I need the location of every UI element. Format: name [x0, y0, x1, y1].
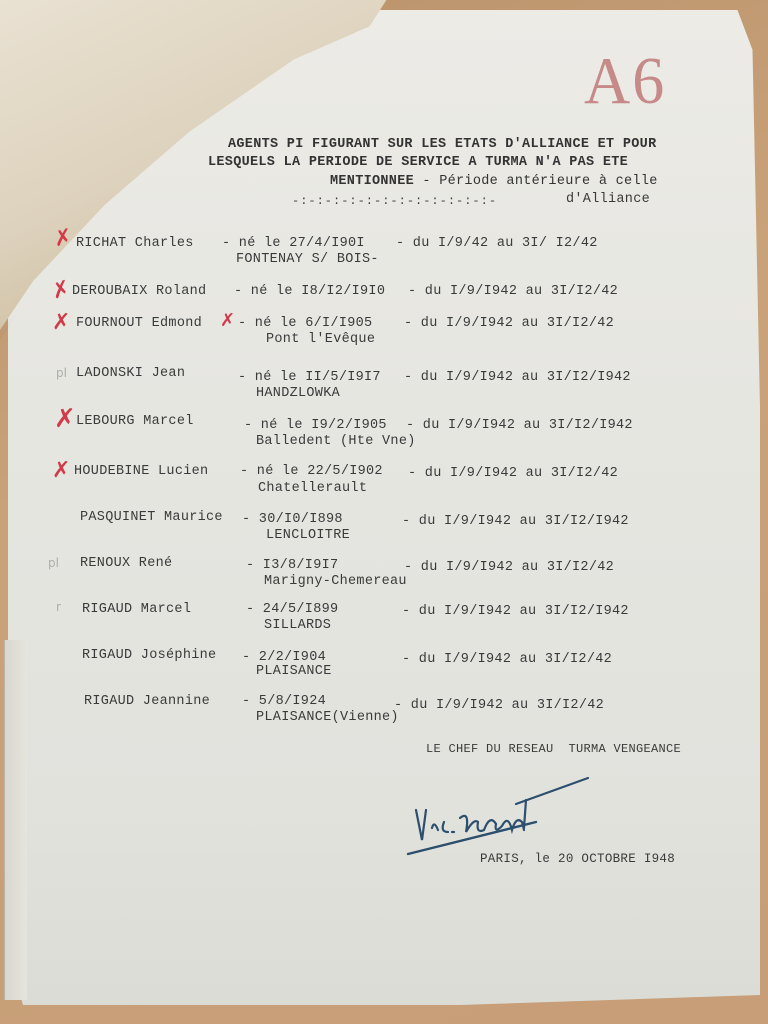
- agent-period: - du I/9/I942 au 3I/I2/42: [404, 560, 614, 575]
- agent-period: - du I/9/I942 au 3I/I2/42: [402, 652, 612, 667]
- agent-place: LENCLOITRE: [266, 528, 350, 543]
- agent-place: PLAISANCE(Vienne): [256, 710, 399, 725]
- red-inline-mark-icon: ✗: [220, 312, 235, 330]
- agent-period: - du I/9/I942 au 3I/I2/I942: [402, 604, 629, 619]
- agent-period: - du I/9/I942 au 3I/I2/42: [408, 466, 618, 481]
- agent-name: LEBOURG Marcel: [76, 414, 194, 429]
- agent-name: FOURNOUT Edmond: [76, 316, 202, 331]
- agent-birth: - 2/2/I904: [242, 650, 326, 665]
- agent-birth: - né le 22/5/I902: [240, 464, 383, 479]
- agent-birth: - né le II/5/I9I7: [238, 370, 381, 385]
- heading-mentionnee: MENTIONNEE: [330, 174, 414, 189]
- agent-period: - du I/9/42 au 3I/ I2/42: [396, 236, 598, 251]
- agent-name: RICHAT Charles: [76, 236, 194, 251]
- heading-line-4: d'Alliance: [566, 192, 650, 207]
- agent-name: LADONSKI Jean: [76, 366, 185, 381]
- heading-line-3: MENTIONNEE - Période antérieure à celle: [330, 174, 658, 189]
- agent-place: HANDZLOWKA: [256, 386, 340, 401]
- red-check-icon: ✗: [52, 460, 70, 482]
- place-date: PARIS, le 20 OCTOBRE I948: [480, 852, 675, 866]
- agent-period: - du I/9/I942 au 3I/I2/42: [404, 316, 614, 331]
- agent-period: - du I/9/I942 au 3I/I2/42: [394, 698, 604, 713]
- agent-birth: - I3/8/I9I7: [246, 558, 338, 573]
- agent-birth: - né le I9/2/I905: [244, 418, 387, 433]
- agent-name: HOUDEBINE Lucien: [74, 464, 208, 479]
- red-check-icon: ✗: [52, 227, 74, 252]
- file-stamp: A6: [584, 42, 666, 120]
- page-stack-edge: [4, 640, 27, 1000]
- agent-place: Pont l'Evêque: [266, 332, 375, 347]
- agent-name: RENOUX René: [80, 556, 172, 571]
- agent-period: - du I/9/I942 au 3I/I2/42: [408, 284, 618, 299]
- agent-birth: - né le I8/I2/I9I0: [234, 284, 385, 299]
- agent-place: Balledent (Hte Vne): [256, 434, 416, 449]
- pencil-mark: pl: [48, 556, 59, 570]
- agent-birth: - né le 27/4/I90I: [222, 236, 365, 251]
- pencil-mark: r: [56, 600, 61, 614]
- pencil-mark: pl: [56, 366, 67, 380]
- agent-period: - du I/9/I942 au 3I/I2/I942: [406, 418, 633, 433]
- heading-line-2: LESQUELS LA PERIODE DE SERVICE A TURMA N…: [208, 155, 628, 170]
- agent-place: Chatellerault: [258, 481, 367, 496]
- agent-period: - du I/9/I942 au 3I/I2/I942: [404, 370, 631, 385]
- signatory-title: LE CHEF DU RESEAU TURMA VENGEANCE: [426, 742, 681, 756]
- agent-birth: - 24/5/I899: [246, 602, 338, 617]
- agent-name: PASQUINET Maurice: [80, 510, 223, 525]
- handwritten-signature: [404, 770, 604, 860]
- agent-name: RIGAUD Marcel: [82, 602, 191, 617]
- agent-period: - du I/9/I942 au 3I/I2/I942: [402, 514, 629, 529]
- heading-line-1: AGENTS PI FIGURANT SUR LES ETATS D'ALLIA…: [228, 137, 656, 152]
- agent-name: RIGAUD Joséphine: [82, 648, 216, 663]
- agent-place: PLAISANCE: [256, 664, 332, 679]
- heading-periode: - Période antérieure à celle: [414, 174, 658, 189]
- agent-place: FONTENAY S/ BOIS-: [236, 252, 379, 267]
- agent-birth: - 5/8/I924: [242, 694, 326, 709]
- agent-place: Marigny-Chemereau: [264, 574, 407, 589]
- red-cross-icon: ✗: [52, 312, 70, 334]
- red-cross-icon: ✗: [54, 406, 76, 432]
- agent-name: RIGAUD Jeannine: [84, 694, 210, 709]
- agent-place: SILLARDS: [264, 618, 331, 633]
- agent-birth: - 30/I0/I898: [242, 512, 343, 527]
- agent-birth: - né le 6/I/I905: [238, 316, 372, 331]
- heading-separator: -:-:-:-:-:-:-:-:-:-:-:-:-: [292, 194, 497, 208]
- agent-name: DEROUBAIX Roland: [72, 284, 206, 299]
